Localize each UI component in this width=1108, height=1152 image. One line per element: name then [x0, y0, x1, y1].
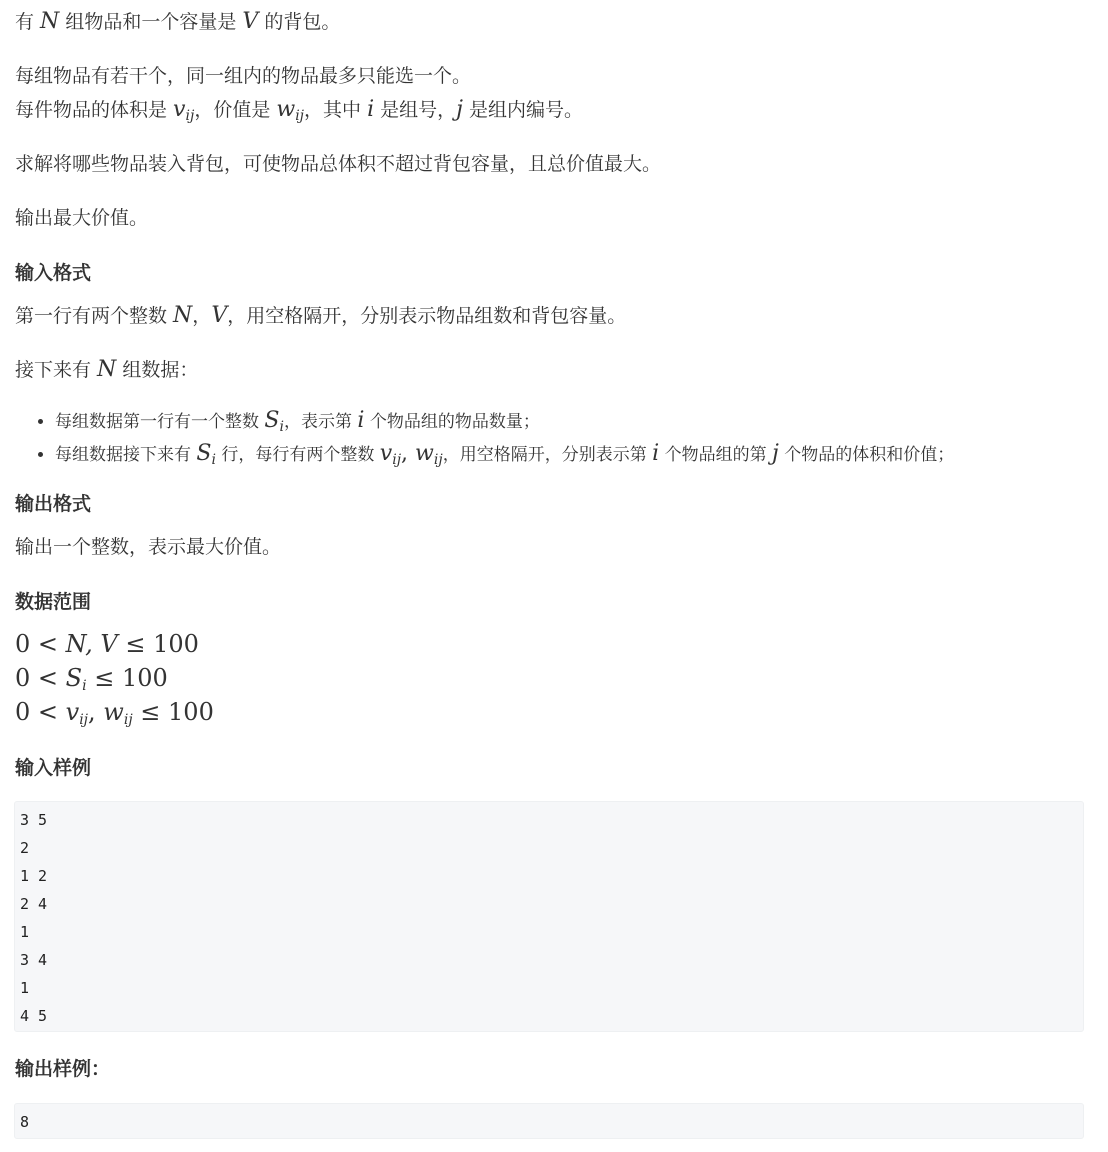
math-v: v [173, 97, 185, 122]
text: 个物品组的第 [659, 445, 772, 465]
range-line-1: 0 < N, V ≤ 100 [15, 627, 199, 661]
code-line: 3 4 [20, 946, 1083, 974]
math-var: w [103, 698, 124, 726]
range-line-3: 0 < vij, wij ≤ 100 [15, 695, 214, 729]
text: 每组数据接下来有 [55, 445, 196, 465]
math-sub: ij [392, 452, 401, 468]
code-line: 2 4 [20, 890, 1083, 918]
math-j: j [456, 97, 463, 122]
output-format-line: 输出一个整数，表示最大价值。 [15, 533, 281, 561]
input-format-line-1: 第一行有两个整数 N，V，用空格隔开，分别表示物品组数和背包容量。 [15, 302, 626, 330]
code-line: 1 [20, 974, 1083, 1002]
text: 每组数据第一行有一个整数 [55, 412, 264, 432]
sample-input-code-block[interactable]: 3 5 2 1 2 2 4 1 3 4 1 4 5 [14, 801, 1084, 1032]
list-item: 每组数据接下来有 Si 行，每行有两个整数 vij, wij，用空格隔开，分别表… [55, 438, 954, 471]
math-sub: ij [79, 712, 88, 728]
math-v: v [380, 441, 392, 466]
math-V: V [242, 9, 258, 34]
text: ，价值是 [194, 99, 276, 121]
intro-line-3: 每件物品的体积是 vij，价值是 wij，其中 i 是组号，j 是组内编号。 [15, 96, 583, 124]
math-text: 0 < [15, 698, 66, 726]
sample-output-code-block[interactable]: 8 [14, 1103, 1084, 1139]
math-text: ≤ 100 [87, 664, 168, 692]
text: 个物品的体积和价值； [779, 445, 954, 465]
code-line: 4 5 [20, 1002, 1083, 1030]
code-line: 1 2 [20, 862, 1083, 890]
sample-output-heading: 输出样例： [15, 1055, 110, 1083]
text: 行，每行有两个整数 [216, 445, 380, 465]
math-S: S [196, 441, 211, 466]
math-var: v [66, 698, 80, 726]
math-j: j [772, 441, 779, 466]
text: 有 [15, 11, 40, 33]
text: 的背包。 [258, 11, 340, 33]
math-var: N, V [66, 630, 118, 658]
math-N: N [40, 9, 59, 34]
math-comma: , [401, 441, 415, 466]
math-text: 0 < [15, 630, 66, 658]
text: ，用空格隔开，分别表示物品组数和背包容量。 [227, 305, 626, 327]
text: ，用空格隔开，分别表示第 [443, 445, 652, 465]
text: 是组号， [374, 99, 456, 121]
code-line: 2 [20, 834, 1083, 862]
input-format-bullets: 每组数据第一行有一个整数 Si，表示第 i 个物品组的物品数量； 每组数据接下来… [15, 405, 954, 471]
math-S: S [264, 408, 279, 433]
intro-line-1: 有 N 组物品和一个容量是 V 的背包。 [15, 8, 340, 36]
intro-line-2: 每组物品有若干个，同一组内的物品最多只能选一个。 [15, 62, 471, 90]
code-line: 1 [20, 918, 1083, 946]
math-sub: ij [185, 108, 194, 124]
text: 每件物品的体积是 [15, 99, 173, 121]
list-item: 每组数据第一行有一个整数 Si，表示第 i 个物品组的物品数量； [55, 405, 954, 438]
text: 组数据： [116, 359, 198, 381]
intro-line-4: 求解将哪些物品装入背包，可使物品总体积不超过背包容量，且总价值最大。 [15, 150, 661, 178]
text: 组物品和一个容量是 [59, 11, 242, 33]
text: 第一行有两个整数 [15, 305, 173, 327]
range-line-2: 0 < Si ≤ 100 [15, 661, 168, 695]
input-format-line-2: 接下来有 N 组数据： [15, 356, 198, 384]
text: 接下来有 [15, 359, 97, 381]
math-N: N [173, 303, 192, 328]
text: ，表示第 [284, 412, 357, 432]
math-text: , [88, 698, 103, 726]
math-N: N [97, 357, 116, 382]
intro-line-5: 输出最大价值。 [15, 204, 148, 232]
code-line: 8 [20, 1108, 1083, 1136]
math-V: V [211, 303, 227, 328]
text: 个物品组的物品数量； [364, 412, 539, 432]
math-sub: ij [434, 452, 443, 468]
output-format-heading: 输出格式 [15, 490, 91, 518]
math-text: ≤ 100 [118, 630, 199, 658]
sample-input-heading: 输入样例 [15, 754, 91, 782]
text: ，其中 [304, 99, 367, 121]
math-var: S [66, 664, 82, 692]
math-w: w [415, 441, 434, 466]
math-text: ≤ 100 [133, 698, 214, 726]
data-range-heading: 数据范围 [15, 588, 91, 616]
math-text: 0 < [15, 664, 66, 692]
math-sub: ij [124, 712, 133, 728]
text: ， [192, 305, 211, 327]
math-w: w [276, 97, 295, 122]
text: 是组内编号。 [463, 99, 583, 121]
code-line: 3 5 [20, 806, 1083, 834]
math-sub: ij [295, 108, 304, 124]
problem-statement: 有 N 组物品和一个容量是 V 的背包。 每组物品有若干个，同一组内的物品最多只… [0, 0, 1108, 1152]
input-format-heading: 输入格式 [15, 259, 91, 287]
